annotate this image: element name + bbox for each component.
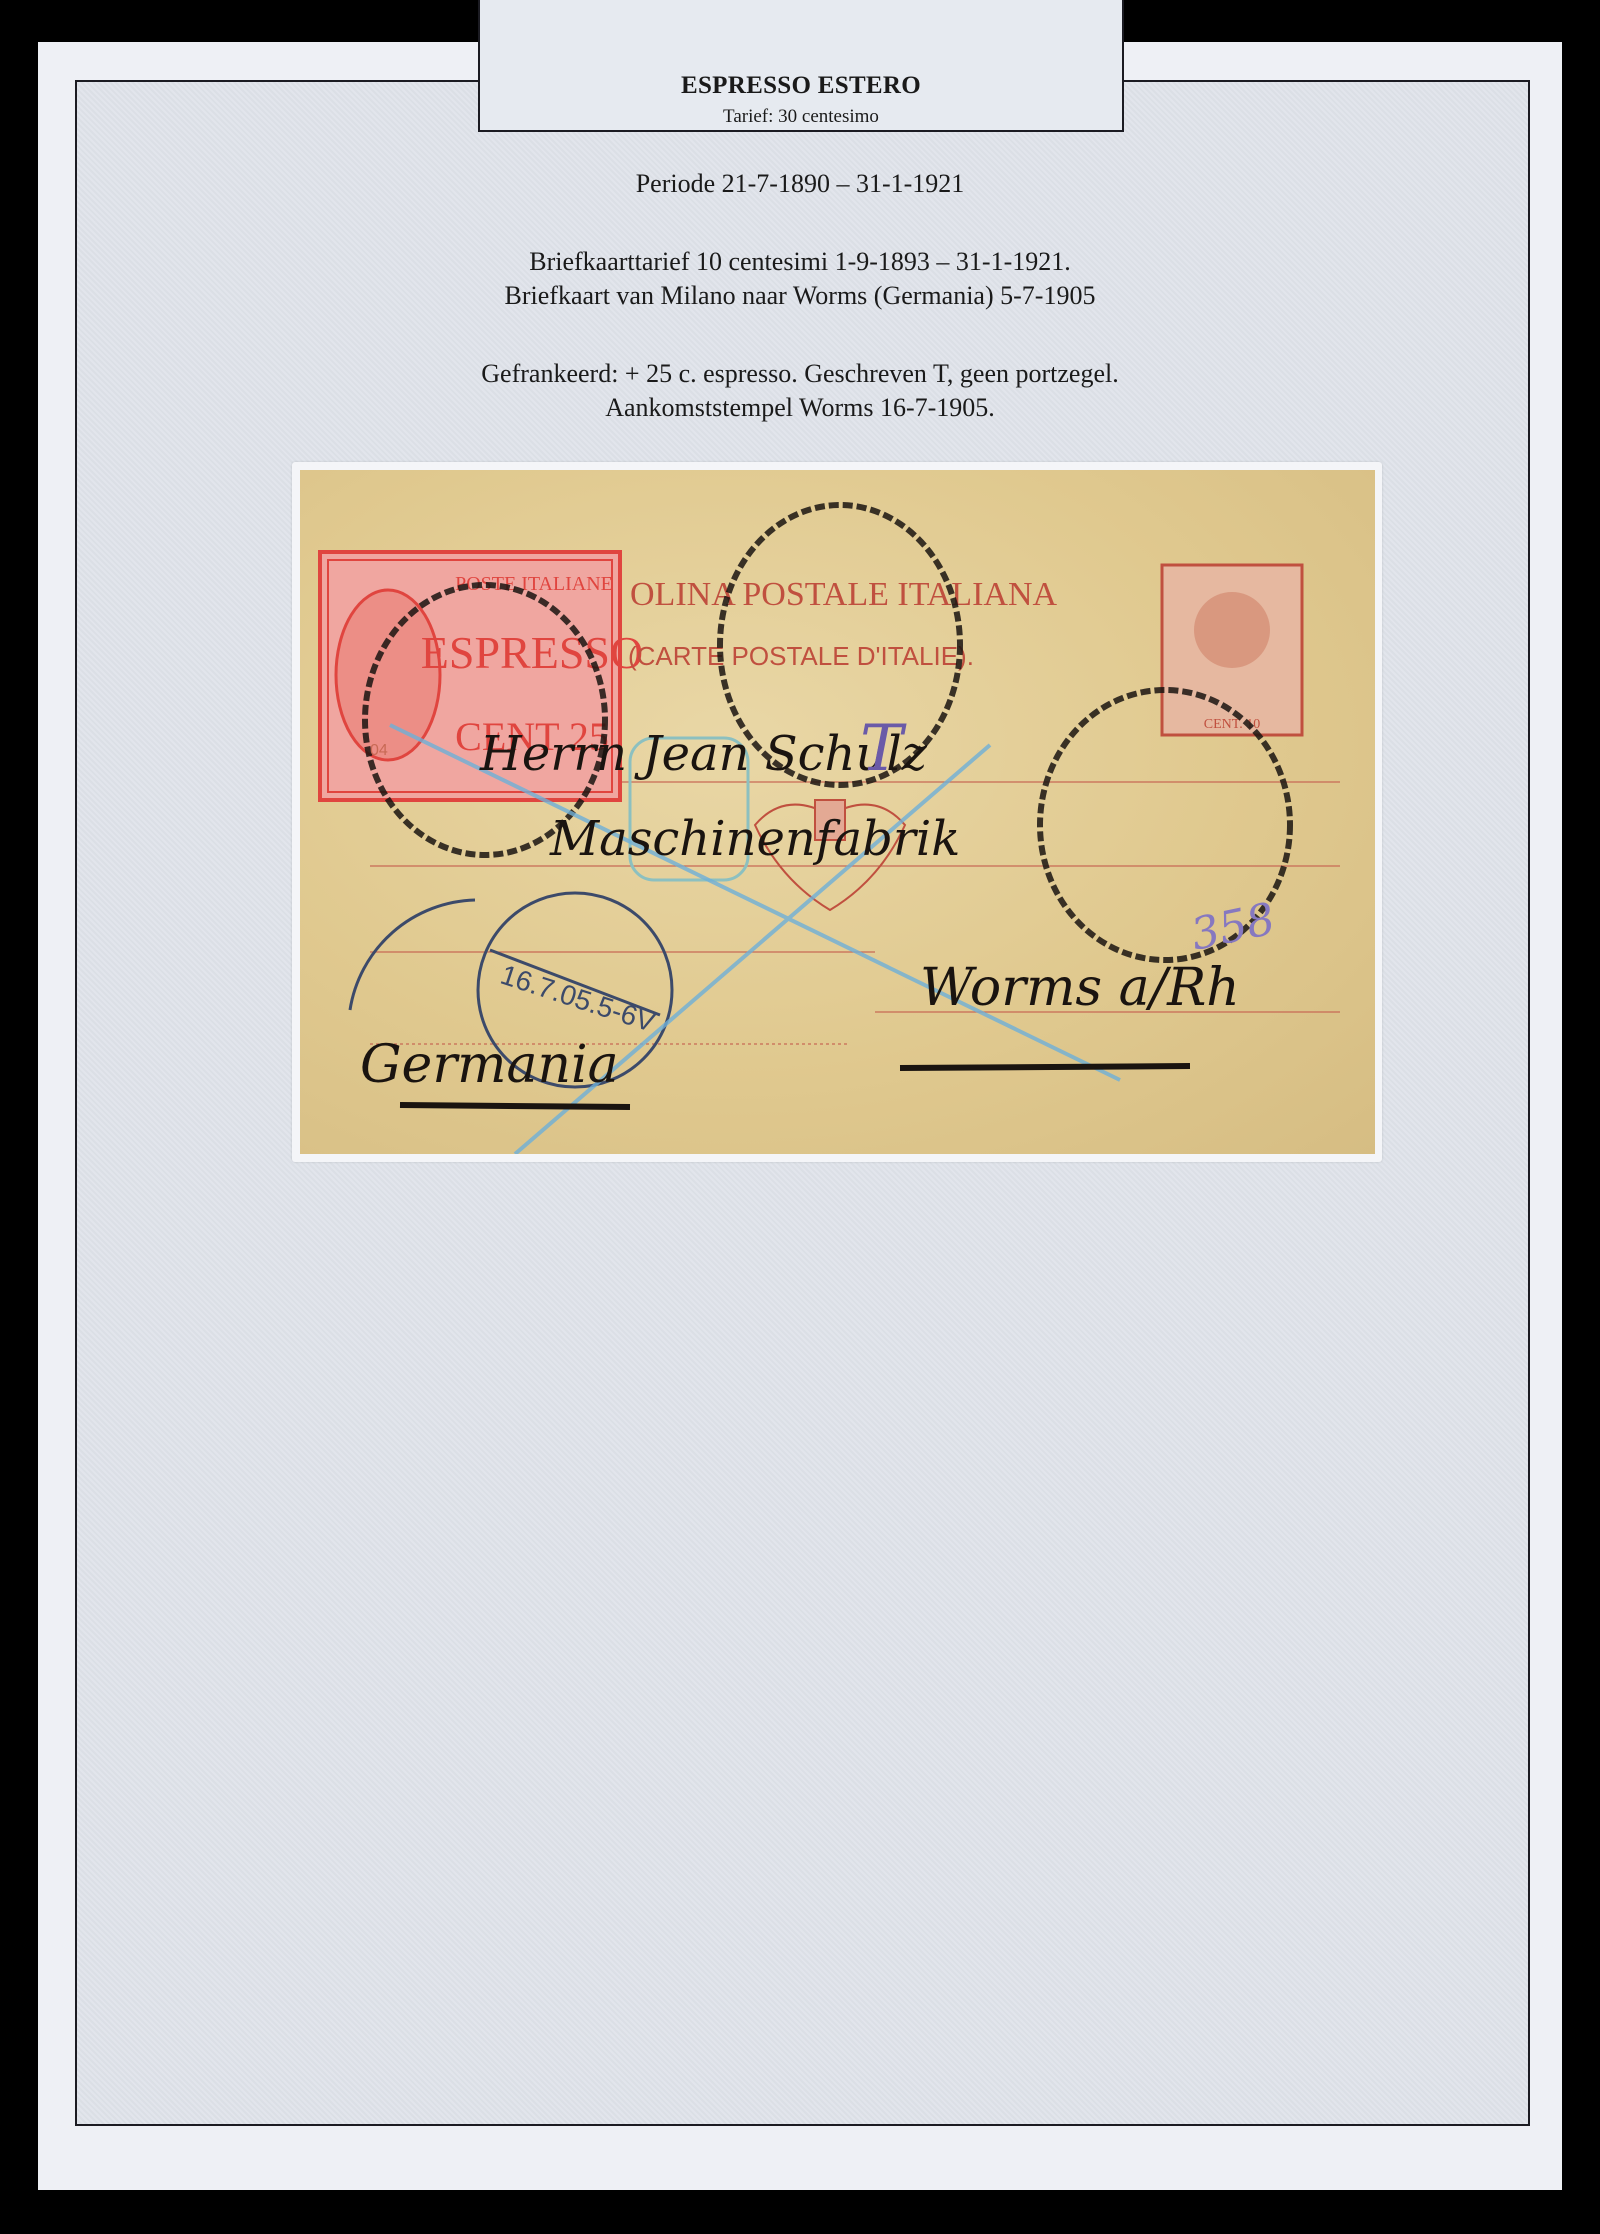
arrival-text: Aankomststempel Worms 16-7-1905. (0, 391, 1600, 424)
svg-text:04: 04 (370, 742, 388, 759)
svg-text:Germania: Germania (360, 1035, 619, 1095)
underline (400, 1105, 630, 1107)
manuscript-number: 358 (1187, 893, 1280, 960)
page-title: ESPRESSO ESTERO (480, 72, 1122, 100)
period-text: Periode 21-7-1890 – 31-1-1921 (0, 167, 1600, 200)
title-box: ESPRESSO ESTERO Tarief: 30 centesimo (478, 0, 1124, 132)
rate-text: Briefkaarttarief 10 centesimi 1-9-1893 –… (0, 245, 1600, 278)
postcard-mount: POSTE ITALIANE ESPRESSO CENT 25 OLINA PO… (292, 462, 1382, 1162)
svg-text:OLINA POSTALE ITALIANA: OLINA POSTALE ITALIANA (630, 576, 1058, 613)
svg-text:(CARTE POSTALE D'ITALIE).: (CARTE POSTALE D'ITALIE). (628, 641, 974, 671)
svg-text:Worms a/Rh: Worms a/Rh (920, 958, 1240, 1018)
tax-marking: T (860, 712, 907, 786)
svg-text:ESPRESSO: ESPRESSO (421, 627, 643, 678)
underline (900, 1066, 1190, 1068)
postcard-image: POSTE ITALIANE ESPRESSO CENT 25 OLINA PO… (300, 470, 1375, 1154)
page-subtitle: Tarief: 30 centesimo (480, 106, 1122, 128)
route-text: Briefkaart van Milano naar Worms (German… (0, 279, 1600, 312)
svg-text:16.7.05.5-6V: 16.7.05.5-6V (497, 959, 659, 1038)
svg-text:Maschinenfabrik: Maschinenfabrik (549, 811, 960, 867)
franking-text: Gefrankeerd: + 25 c. espresso. Geschreve… (0, 357, 1600, 390)
postcard-illustration: POSTE ITALIANE ESPRESSO CENT 25 OLINA PO… (300, 470, 1375, 1154)
imprinted-stamp: CENT. 10 (1162, 565, 1302, 735)
